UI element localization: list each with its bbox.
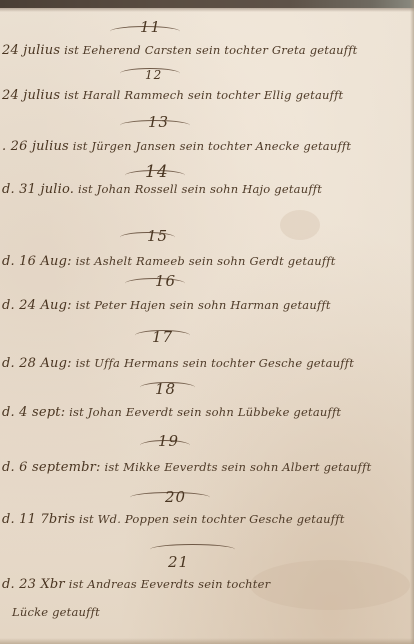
entry-text: ist Eeherend Carsten sein tochter Greta … xyxy=(64,43,357,57)
entry-continuation: Lücke getaufft xyxy=(12,605,100,619)
entry-date: d. 16 Aug: xyxy=(2,254,72,269)
entry-number: 21 xyxy=(168,553,189,571)
entry-line: d. 11 7bris ist Wd. Poppen sein tochter … xyxy=(2,512,345,527)
entry-line: d. 31 julio. ist Johan Rossell sein sohn… xyxy=(2,182,322,197)
entry-number: 16 xyxy=(155,272,176,290)
entry-line: d. 16 Aug: ist Ashelt Rameeb sein sohn G… xyxy=(2,254,336,269)
entry-date: d. 24 Aug: xyxy=(2,298,72,313)
entry-date: 24 julius xyxy=(2,43,60,58)
entry-number: 14 xyxy=(145,162,169,182)
entry-date: d. 6 septembr: xyxy=(2,460,101,475)
entry-text: ist Jürgen Jansen sein tochter Anecke ge… xyxy=(73,139,351,153)
entry-line: 24 julius ist Harall Rammech sein tochte… xyxy=(2,88,343,103)
entry-text: ist Andreas Eeverdts sein tochter xyxy=(69,577,271,591)
entry-date: d. 23 Xbr xyxy=(2,577,65,592)
page-top-edge xyxy=(0,0,414,8)
paper-stain xyxy=(280,210,320,240)
page-top-shadow xyxy=(0,8,414,12)
entry-text: ist Ashelt Rameeb sein sohn Gerdt getauf… xyxy=(76,254,336,268)
entry-date: . 26 julius xyxy=(2,139,69,154)
entry-text: ist Johan Rossell sein sohn Hajo getauff… xyxy=(78,182,322,196)
entry-number: 19 xyxy=(158,432,179,450)
entry-number: 17 xyxy=(152,328,173,346)
entry-number: 15 xyxy=(147,227,168,245)
page-bottom-edge xyxy=(0,638,414,644)
page-right-edge xyxy=(410,0,414,644)
entry-line: d. 28 Aug: ist Uffa Hermans sein tochter… xyxy=(2,356,354,371)
entry-date: 24 julius xyxy=(2,88,60,103)
entry-line: d. 4 sept: ist Johan Eeverdt sein sohn L… xyxy=(2,405,341,420)
entry-text: Lücke getaufft xyxy=(12,605,100,619)
entry-text: ist Mikke Eeverdts sein sohn Albert geta… xyxy=(105,460,372,474)
entry-text: ist Harall Rammech sein tochter Ellig ge… xyxy=(64,88,343,102)
entry-text: ist Johan Eeverdt sein sohn Lübbeke geta… xyxy=(69,405,341,419)
manuscript-page: 11 24 julius ist Eeherend Carsten sein t… xyxy=(0,0,414,644)
paper-stain xyxy=(250,560,410,610)
entry-text: ist Peter Hajen sein sohn Harman getauff… xyxy=(76,298,331,312)
entry-text: ist Uffa Hermans sein tochter Gesche get… xyxy=(76,356,354,370)
entry-line: d. 23 Xbr ist Andreas Eeverdts sein toch… xyxy=(2,577,270,592)
entry-date: d. 11 7bris xyxy=(2,512,75,527)
entry-number: 11 xyxy=(140,18,161,36)
entry-date: d. 28 Aug: xyxy=(2,356,72,371)
entry-line: 24 julius ist Eeherend Carsten sein toch… xyxy=(2,43,357,58)
number-flourish xyxy=(150,544,235,555)
entry-line: . 26 julius ist Jürgen Jansen sein tocht… xyxy=(2,139,351,154)
entry-date: d. 4 sept: xyxy=(2,405,65,420)
entry-text: ist Wd. Poppen sein tochter Gesche getau… xyxy=(79,512,345,526)
entry-number: 13 xyxy=(148,113,169,131)
entry-line: d. 24 Aug: ist Peter Hajen sein sohn Har… xyxy=(2,298,331,313)
entry-number: 18 xyxy=(155,380,176,398)
entry-date: d. 31 julio. xyxy=(2,182,74,197)
entry-number: 12 xyxy=(145,68,162,82)
entry-number: 20 xyxy=(165,488,186,506)
entry-line: d. 6 septembr: ist Mikke Eeverdts sein s… xyxy=(2,460,371,475)
